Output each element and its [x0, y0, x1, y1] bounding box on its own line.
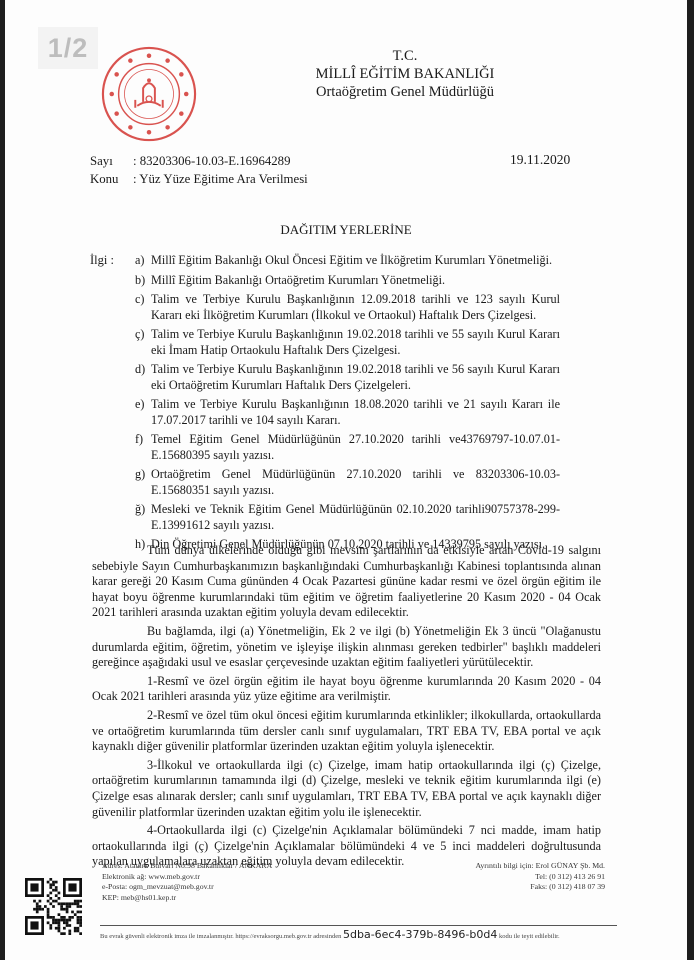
reference-item: b)Millî Eğitim Bakanlığı Ortaöğretim Kur…	[135, 273, 560, 288]
header-directorate: Ortaöğretim Genel Müdürlüğü	[185, 83, 625, 101]
qr-code-icon[interactable]	[25, 878, 82, 935]
konu-value: : Yüz Yüze Eğitime Ara Verilmesi	[133, 170, 308, 188]
reference-text: Ortaöğretim Genel Müdürlüğünün 27.10.202…	[147, 467, 560, 498]
reference-key: e)	[135, 397, 147, 428]
document-meta: Sayı : 83203306-10.03-E.16964289 Konu : …	[90, 152, 308, 188]
reference-text: Millî Eğitim Bakanlığı Okul Öncesi Eğiti…	[147, 253, 560, 268]
reference-item: f)Temel Eğitim Genel Müdürlüğünün 27.10.…	[135, 432, 560, 463]
body-paragraph: Bu bağlamda, ilgi (a) Yönetmeliğin, Ek 2…	[92, 624, 601, 671]
reference-key: c)	[135, 292, 147, 323]
reference-text: Talim ve Terbiye Kurulu Başkanlığının 19…	[147, 362, 560, 393]
reference-key: f)	[135, 432, 147, 463]
footer-address: Adres: Atatürk Bulvarı No:98 Bakanlıklar…	[102, 861, 272, 903]
footer-kep[interactable]: KEP: meb@hs01.kep.tr	[102, 893, 272, 904]
reference-item: d)Talim ve Terbiye Kurulu Başkanlığının …	[135, 362, 560, 393]
reference-item: c)Talim ve Terbiye Kurulu Başkanlığının …	[135, 292, 560, 323]
reference-item: a)Millî Eğitim Bakanlığı Okul Öncesi Eği…	[135, 253, 560, 268]
footer-divider	[100, 925, 617, 926]
document-date: 19.11.2020	[510, 152, 570, 168]
verify-code: 5dba-6ec4-379b-8496-b0d4	[343, 928, 497, 941]
verify-suffix: kodu ile teyit edilebilir.	[499, 933, 560, 940]
reference-item: ç)Talim ve Terbiye Kurulu Başkanlığının …	[135, 327, 560, 358]
sayi-value: : 83203306-10.03-E.16964289	[133, 152, 290, 170]
reference-text: Talim ve Terbiye Kurulu Başkanlığının 12…	[147, 292, 560, 323]
reference-text: Millî Eğitim Bakanlığı Ortaöğretim Kurum…	[147, 273, 560, 288]
reference-key: a)	[135, 253, 147, 268]
reference-text: Talim ve Terbiye Kurulu Başkanlığının 19…	[147, 327, 560, 358]
reference-text: Talim ve Terbiye Kurulu Başkanlığının 18…	[147, 397, 560, 428]
verify-prefix: Bu evrak güvenli elektronik imza ile imz…	[100, 933, 341, 940]
footer-tel: Tel: (0 312) 413 26 91	[425, 872, 605, 883]
meb-seal-icon	[100, 45, 198, 143]
reference-item: g)Ortaöğretim Genel Müdürlüğünün 27.10.2…	[135, 467, 560, 498]
letter-body: Tüm dünya ülkelerinde olduğu gibi mevsim…	[92, 543, 601, 873]
page-indicator: 1/2	[38, 27, 98, 69]
header-ministry: MİLLÎ EĞİTİM BAKANLIĞI	[185, 65, 625, 83]
body-paragraph: 1-Resmî ve özel örgün eğitim ile hayat b…	[92, 674, 601, 705]
reference-item: ğ)Mesleki ve Teknik Eğitim Genel Müdürlü…	[135, 502, 560, 533]
reference-text: Temel Eğitim Genel Müdürlüğünün 27.10.20…	[147, 432, 560, 463]
footer-email[interactable]: e-Posta: ogm_mevzuat@meb.gov.tr	[102, 882, 272, 893]
verification-line: Bu evrak güvenli elektronik imza ile imz…	[100, 928, 620, 941]
footer-contact: Ayrıntılı bilgi için: Erol GÜNAY Şb. Md.…	[425, 861, 605, 893]
letterhead: T.C. MİLLÎ EĞİTİM BAKANLIĞI Ortaöğretim …	[185, 47, 625, 101]
footer-address-line: Adres: Atatürk Bulvarı No:98 Bakanlıklar…	[102, 861, 272, 872]
reference-text: Mesleki ve Teknik Eğitim Genel Müdürlüğü…	[147, 502, 560, 533]
reference-key: d)	[135, 362, 147, 393]
reference-key: ç)	[135, 327, 147, 358]
sayi-label: Sayı	[90, 152, 133, 170]
reference-key: ğ)	[135, 502, 147, 533]
ilgi-label: İlgi :	[90, 253, 114, 268]
body-paragraph: 3-İlkokul ve ortaokullarda ilgi (c) Çize…	[92, 758, 601, 820]
reference-list: a)Millî Eğitim Bakanlığı Okul Öncesi Eği…	[135, 253, 560, 557]
footer-fax: Faks: (0 312) 418 07 39	[425, 882, 605, 893]
reference-item: e)Talim ve Terbiye Kurulu Başkanlığının …	[135, 397, 560, 428]
body-paragraph: 2-Resmî ve özel tüm okul öncesi eğitim k…	[92, 708, 601, 755]
reference-key: b)	[135, 273, 147, 288]
distribution-heading: DAĞITIM YERLERİNE	[5, 222, 687, 238]
reference-key: g)	[135, 467, 147, 498]
body-paragraph: Tüm dünya ülkelerinde olduğu gibi mevsim…	[92, 543, 601, 621]
footer-web[interactable]: Elektronik ağ: www.meb.gov.tr	[102, 872, 272, 883]
header-tc: T.C.	[185, 47, 625, 65]
konu-label: Konu	[90, 170, 133, 188]
document-page: 1/2 T.C. MİLLÎ EĞİTİM BAKANLIĞI Ortaöğre…	[5, 0, 687, 960]
footer-contact-person: Ayrıntılı bilgi için: Erol GÜNAY Şb. Md.	[425, 861, 605, 872]
